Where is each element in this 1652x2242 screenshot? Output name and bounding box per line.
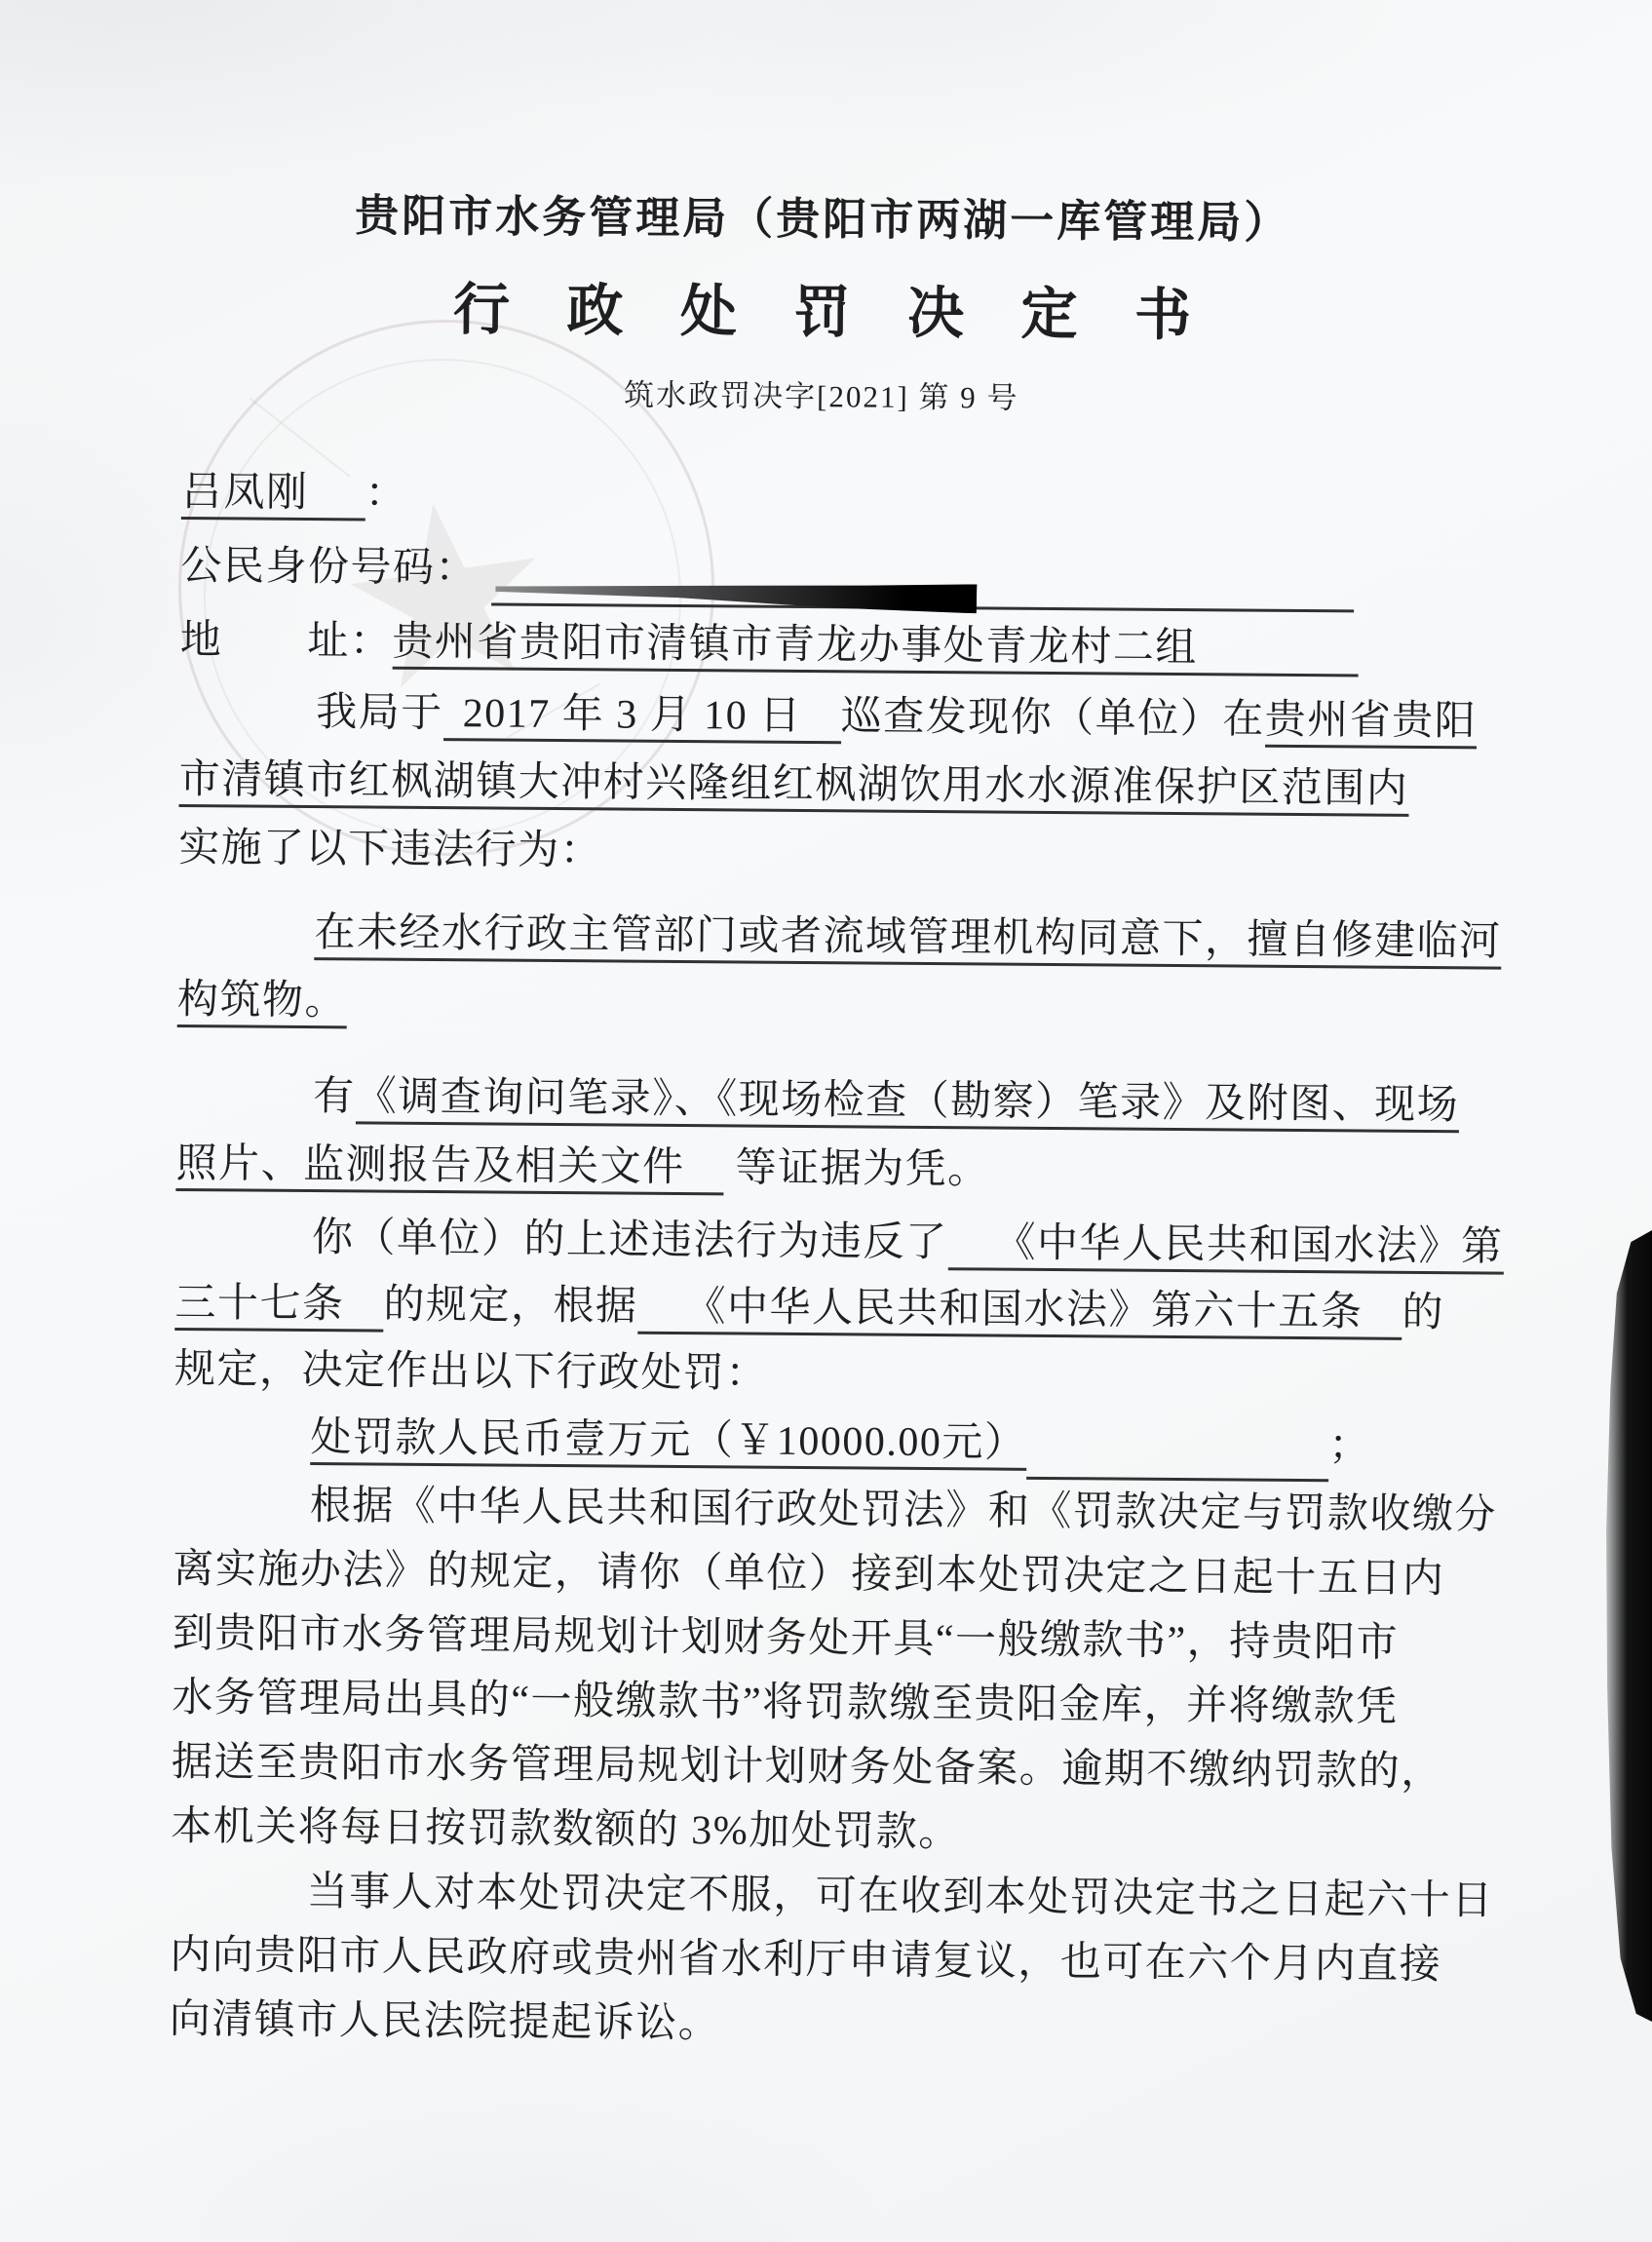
recipient-name-line: 吕凤刚： — [181, 455, 1461, 539]
document-title: 行 政 处 罚 决 定 书 — [182, 261, 1462, 353]
address-value: 贵州省贵阳市清镇市青龙办事处青龙村二组 — [392, 620, 1359, 677]
paragraph-violation: 在未经水行政主管部门或者流域管理机构同意下，擅自修建临河 构筑物。 — [177, 898, 1457, 1044]
address-label: 地 址： — [180, 618, 393, 665]
paragraph-evidence: 有《调查询问笔录》、《现场检查（勘察）笔录》及附图、现场 照片、监测报告及相关文… — [175, 1062, 1455, 1208]
paragraph-line: 根据《中华人民共和国行政处罚法》和《罚款决定与罚款收缴分 — [173, 1473, 1452, 1547]
paragraph-legal-basis: 你（单位）的上述违法行为违反了《中华人民共和国水法》第 三十七条的规定，根据《中… — [174, 1204, 1455, 1412]
underlined-law: 《中华人民共和国水法》第六十五条 — [637, 1285, 1402, 1340]
paragraph-line: 我局于2017 年 3 月 10 日巡查发现你（单位）在贵州省贵阳 — [179, 677, 1459, 755]
text-segment: 本机关将每日按罚款数额的 3%加处罚款。 — [171, 1804, 961, 1855]
paragraph-line: 内向贵阳市人民政府或贵州省水利厅申请复议，也可在六个月内直接 — [170, 1923, 1448, 1997]
text-segment: 等证据为凭。 — [723, 1145, 989, 1192]
underlined-segment: 市清镇市红枫湖镇大冲村兴隆组红枫湖饮用水水源准保护区范围内 — [178, 757, 1408, 817]
paragraph-line: 规定，决定作出以下行政处罚： — [174, 1336, 1453, 1412]
paragraph-line: 构筑物。 — [177, 966, 1457, 1044]
underlined-law: 《中华人民共和国水法》第 — [947, 1220, 1503, 1274]
underlined-segment: 照片、监测报告及相关文件 — [175, 1141, 723, 1195]
text-segment: 你（单位）的上述违法行为违反了 — [312, 1216, 948, 1265]
paragraph-line: 市清镇市红枫湖镇大冲村兴隆组红枫湖饮用水水源准保护区范围内 — [178, 746, 1458, 824]
underlined-date: 2017 年 3 月 10 日 — [443, 691, 841, 744]
paragraph-line: 本机关将每日按罚款数额的 3%加处罚款。 — [171, 1795, 1449, 1869]
underlined-segment: 贵州省贵阳 — [1265, 698, 1478, 750]
paragraph-penalty-amount: 处罚款人民币壹万元（￥10000.00元）； — [173, 1403, 1453, 1483]
text-segment: 当事人对本处罚决定不服，可在收到本处罚决定书之日起六十日 — [307, 1870, 1494, 1924]
id-number-label: 公民身份号码： — [180, 544, 478, 591]
text-segment: 规定，决定作出以下行政处罚： — [174, 1347, 768, 1397]
paragraph-line: 你（单位）的上述违法行为违反了《中华人民共和国水法》第 — [175, 1204, 1454, 1280]
paragraph-appeal-rights: 当事人对本处罚决定不服，可在收到本处罚决定书之日起六十日 内向贵阳市人民政府或贵… — [169, 1859, 1449, 2062]
paragraph-line: 照片、监测报告及相关文件 等证据为凭。 — [175, 1130, 1455, 1208]
document-number: 筑水政罚决字[2021] 第 9 号 — [182, 367, 1461, 420]
id-number-blank — [491, 561, 1354, 612]
paragraph-line: 据送至贵阳市水务管理局规划计划财务处备案。逾期不缴纳罚款的， — [172, 1730, 1450, 1804]
scanned-document-page: ★ 贵阳市水务管理局（贵阳市两湖一库管理局） 行 政 处 罚 决 定 书 筑水政… — [0, 0, 1652, 2242]
text-segment: 向清镇市人民法院提起诉讼。 — [170, 1997, 721, 2046]
text-segment: 到贵阳市水务管理局规划计划财务处开具“一般缴款书”，持贵阳市 — [173, 1611, 1400, 1666]
paragraph-line: 离实施办法》的规定，请你（单位）接到本处罚决定之日起十五日内 — [173, 1537, 1451, 1611]
text-segment: 离实施办法》的规定，请你（单位）接到本处罚决定之日起十五日内 — [173, 1547, 1444, 1602]
underlined-segment: 构筑物。 — [177, 978, 347, 1028]
paragraph-line: 水务管理局出具的“一般缴款书”将罚款缴至贵阳金库，并将缴款凭 — [172, 1666, 1450, 1740]
underlined-article: 三十七条 — [174, 1281, 383, 1333]
paragraph-line: 实施了以下违法行为： — [178, 814, 1458, 892]
paragraph-line: 当事人对本处罚决定不服，可在收到本处罚决定书之日起六十日 — [171, 1859, 1449, 1933]
penalty-blank — [1026, 1436, 1328, 1482]
paragraph-line: 到贵阳市水务管理局规划计划财务处开具“一般缴款书”，持贵阳市 — [173, 1602, 1451, 1676]
paragraph-line: 向清镇市人民法院提起诉讼。 — [169, 1988, 1447, 2062]
text-segment: 有 — [313, 1074, 356, 1119]
id-number-line: 公民身份号码： — [180, 529, 1460, 613]
text-segment: 我局于 — [316, 690, 443, 736]
paragraph-payment-instructions: 根据《中华人民共和国行政处罚法》和《罚款决定与罚款收缴分 离实施办法》的规定，请… — [171, 1473, 1452, 1869]
recipient-name: 吕凤刚 — [181, 470, 365, 521]
text-segment: 根据《中华人民共和国行政处罚法》和《罚款决定与罚款收缴分 — [310, 1484, 1497, 1538]
underlined-penalty: 处罚款人民币壹万元（￥10000.00元） — [310, 1415, 1026, 1471]
recipient-fields: 吕凤刚： 公民身份号码： 地 址：贵州省贵阳市清镇市青龙办事处青龙村二组 — [180, 455, 1461, 687]
text-segment: 实施了以下违法行为： — [178, 826, 602, 873]
underlined-segment: 《调查询问笔录》、《现场检查（勘察）笔录》及附图、现场 — [355, 1074, 1459, 1133]
text-segment: 巡查发现你（单位）在 — [841, 694, 1265, 742]
underlined-segment: 在未经水行政主管部门或者流域管理机构同意下，擅自修建临河 — [314, 910, 1501, 970]
address-line: 地 址：贵州省贵阳市清镇市青龙办事处青龙村二组 — [180, 603, 1460, 687]
paragraph-line: 在未经水行政主管部门或者流域管理机构同意下，擅自修建临河 — [177, 898, 1457, 976]
paragraph-line: 处罚款人民币壹万元（￥10000.00元）； — [173, 1403, 1453, 1483]
paragraph-line: 三十七条的规定，根据《中华人民共和国水法》第六十五条的 — [174, 1270, 1453, 1346]
text-segment: 据送至贵阳市水务管理局规划计划财务处备案。逾期不缴纳罚款的， — [172, 1740, 1443, 1795]
scan-shadow-right-edge — [1599, 1230, 1652, 2022]
text-segment: 内向贵阳市人民政府或贵州省水利厅申请复议，也可在六个月内直接 — [170, 1933, 1441, 1988]
text-segment: 的 — [1402, 1291, 1444, 1335]
document-body: 吕凤刚： 公民身份号码： 地 址：贵州省贵阳市清镇市青龙办事处青龙村二组 我局于… — [169, 455, 1460, 2062]
paragraph-line: 有《调查询问笔录》、《现场检查（勘察）笔录》及附图、现场 — [176, 1062, 1456, 1140]
document-content: 贵阳市水务管理局（贵阳市两湖一库管理局） 行 政 处 罚 决 定 书 筑水政罚决… — [169, 0, 1463, 2062]
agency-name: 贵阳市水务管理局（贵阳市两湖一库管理局） — [183, 178, 1462, 251]
text-segment: 水务管理局出具的“一般缴款书”将罚款缴至贵阳金库，并将缴款凭 — [172, 1676, 1399, 1730]
text-segment: 的规定，根据 — [383, 1283, 637, 1330]
text-segment: ； — [1328, 1423, 1371, 1468]
recipient-colon: ： — [365, 471, 407, 516]
paragraph-findings: 我局于2017 年 3 月 10 日巡查发现你（单位）在贵州省贵阳 市清镇市红枫… — [178, 677, 1459, 892]
